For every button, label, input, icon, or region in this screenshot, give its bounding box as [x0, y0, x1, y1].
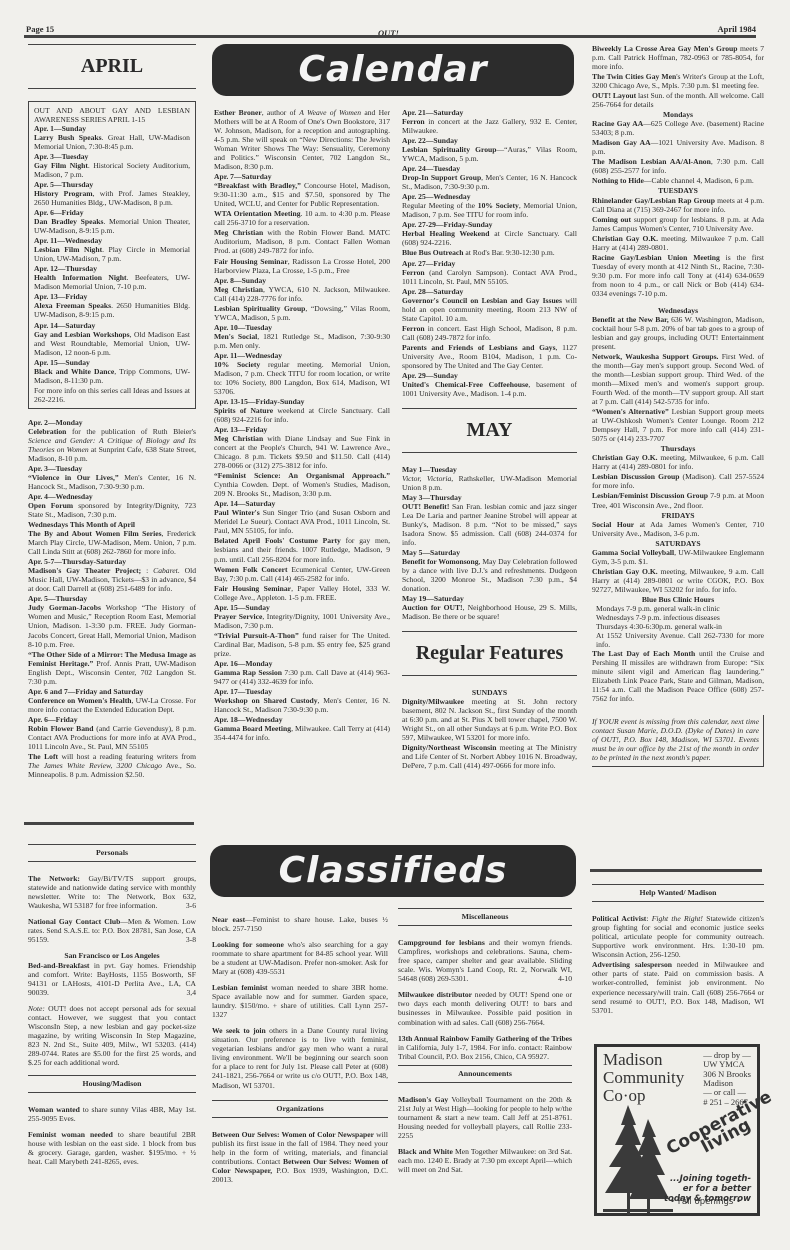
event-name: Benefit at the New Bar, — [592, 315, 669, 324]
event-item: Apr. 4—WednesdayOpen Forum sponsored by … — [28, 492, 196, 519]
event-name: Ferron — [402, 268, 425, 277]
event-item: Dignity/Northeast Wisconsin meeting at T… — [402, 743, 577, 770]
housing-ad: Looking for someone who's also searching… — [212, 940, 388, 976]
event-name: Milwaukee distributor — [398, 990, 472, 999]
event-item: “Trivial Pursuit-A-Thon” fund raiser for… — [214, 631, 390, 658]
event-name: Drop-In Support Group — [402, 173, 481, 182]
event-date: Apr. 5—Thursday — [28, 594, 196, 603]
event-name: Black and White — [398, 1147, 453, 1156]
classifieds-banner-title: Classifieds — [279, 850, 508, 891]
classifieds-col4: Help Wanted/ Madison Political Activist:… — [592, 884, 764, 1016]
event-name: Fair Housing Seminar — [214, 584, 291, 593]
event-name: We seek to join — [212, 1026, 266, 1035]
event-item: Apr. 7—Saturday“Breakfast with Bradley,”… — [214, 172, 390, 208]
event-name: Celebration — [28, 427, 66, 436]
event-name: Belated April Fools' Costume Party — [214, 536, 341, 545]
event-item: Apr. 2—MondayCelebration for the publica… — [28, 418, 196, 463]
housing-ad: We seek to join others in a Dane County … — [212, 1026, 388, 1089]
event-name: Lesbian Discussion Group — [592, 472, 679, 481]
event-date: Apr. 15—Sunday — [214, 603, 390, 612]
event-name: Looking for someone — [212, 940, 284, 949]
event-name: Conference on Women's Health — [28, 696, 131, 705]
event-item: Apr. 6—FridayDan Bradley Speaks. Memoria… — [34, 208, 190, 235]
april-events-col2: Esther Broner, author of A Weave of Wome… — [214, 108, 390, 743]
ad-line: Madison — [603, 1051, 684, 1069]
event-date: Apr. 4—Wednesday — [28, 492, 196, 501]
event-name: Madison's Gay — [398, 1095, 448, 1104]
event-italic-title: A Weave of Women — [299, 108, 361, 117]
event-item: The Loft will host a reading featuring w… — [28, 752, 196, 779]
event-name: Lesbian Spirituality Group — [402, 145, 497, 154]
event-item: Apr. 11—WednesdayLesbian Film Night. Pla… — [34, 236, 190, 263]
event-name: Madison's Gay Theater Project; — [28, 566, 146, 575]
event-item: Apr. 12—ThursdayHealth Information Night… — [34, 264, 190, 291]
event-item: Wednesdays This Month of AprilThe By and… — [28, 520, 196, 556]
event-name: Esther Broner — [214, 108, 262, 117]
event-item: May 5—SaturdayBenefit for Womonsong, May… — [402, 548, 577, 593]
event-item: Apr. 28—SaturdayGovernor's Council on Le… — [402, 287, 577, 323]
event-item: Apr. 8—SundayMeg Christian, YWCA, 610 N.… — [214, 276, 390, 303]
housing-ad: Near east—Feminist to share house. Lake,… — [212, 915, 388, 933]
missing-event-note: If YOUR event is missing from this calen… — [592, 715, 764, 767]
event-name: Governor's Council on Lesbian and Gay Is… — [402, 296, 562, 305]
event-item: Social Hour at Ada James Women's Center,… — [592, 520, 764, 538]
misc-ad: Milwaukee distributor needed by OUT! Spe… — [398, 990, 572, 1026]
event-item: “Feminist Science: An Organismal Approac… — [214, 471, 390, 498]
may-title: MAY — [402, 408, 577, 453]
event-item: Biweekly La Crosse Area Gay Men's Group … — [592, 44, 764, 71]
personal-ad: San Francisco or Los AngelesBed-and-Brea… — [28, 951, 196, 996]
event-item: May 1—TuesdayVictor, Victoria, Rathskell… — [402, 465, 577, 492]
announcements-heading: Announcements — [398, 1065, 572, 1083]
event-item: Christian Gay O.K. meeting. Milwaukee 7 … — [592, 234, 764, 252]
ad-italic: Fight the Right! — [652, 914, 703, 923]
event-name: Blue Bus Outreach — [402, 248, 463, 257]
bluebus-line: Thursdays 4:30-6:30p.m. general walk-in — [596, 622, 764, 631]
event-name: The By and About Women Film Series — [28, 529, 162, 538]
event-date: May 3—Thursday — [402, 493, 577, 502]
event-date: Apr. 18—Wednesday — [214, 715, 390, 724]
event-name: Gamma Board Meeting — [214, 724, 291, 733]
event-details: others in a Dane County rural living sit… — [212, 1026, 388, 1089]
ad-code: 3-8 — [186, 935, 196, 944]
event-name: Judy Gorman-Jacobs — [28, 603, 101, 612]
event-item: Apr. 27-29—Friday-SundayHerbal Healing W… — [402, 220, 577, 247]
classifieds-col3: Miscellaneous Campground for lesbians an… — [398, 908, 572, 1175]
event-name: Robin Flower Band — [28, 724, 93, 733]
event-date: Apr. 10—Tuesday — [214, 323, 390, 332]
fridays-list: Social Hour at Ada James Women's Center,… — [592, 520, 764, 538]
column-1: APRIL OUT AND ABOUT GAY AND LESBIAN AWAR… — [28, 44, 196, 780]
event-date: Apr. 8—Sunday — [214, 276, 390, 285]
miscellaneous-list: Campground for lesbians and their womyn … — [398, 938, 572, 1060]
event-item: Lesbian Discussion Group (Madison). Call… — [592, 472, 764, 490]
event-item: Meg Christian with the Robin Flower Band… — [214, 228, 390, 255]
event-item: Ferron in concert. East High School, Mad… — [402, 324, 577, 342]
april-events-col1: Apr. 2—MondayCelebration for the publica… — [28, 418, 196, 779]
event-date: Apr. 11—Wednesday — [34, 236, 190, 245]
event-item: Apr. 17—TuesdayWorkshop on Shared Custod… — [214, 687, 390, 714]
event-name: Near east — [212, 915, 245, 924]
event-name: Social Hour — [592, 520, 634, 529]
event-name: National Gay Contact Club — [28, 917, 120, 926]
help-wanted-list: Political Activist: Fight the Right! Sta… — [592, 914, 764, 1014]
event-details: —Cable channel 4, Madison, 6 p.m. — [644, 176, 754, 185]
announcements-list: Madison's Gay Volleyball Tournament on t… — [398, 1095, 572, 1174]
bluebus-heading: Blue Bus Clinic Hours — [592, 595, 764, 604]
event-name: Herbal Healing Weekend — [402, 229, 489, 238]
event-name: Network, Waukesha Support Groups. — [592, 352, 718, 361]
wednesdays-heading: Wednesdays — [592, 306, 764, 315]
event-item: Apr. 15—SundayPrayer Service, Integrity/… — [214, 603, 390, 630]
event-details: , author of — [262, 108, 299, 117]
event-italic-title: Victor, Victoria — [402, 474, 451, 483]
event-date: Apr. 13—Friday — [214, 425, 390, 434]
april-title: APRIL — [28, 44, 196, 89]
event-item: Madison Gay AA—1021 University Ave. Madi… — [592, 138, 764, 156]
tuesdays-list: Rhinelander Gay/Lesbian Rap Group meets … — [592, 196, 764, 298]
event-date: Apr. 12—Thursday — [34, 264, 190, 273]
event-item: May 19—SaturdayAuction for OUT!, Neighbo… — [402, 594, 577, 621]
event-item: Apr. 5—ThursdayJudy Gorman-Jacobs Worksh… — [28, 594, 196, 648]
sundays-heading: SUNDAYS — [402, 688, 577, 697]
event-item: Coming out support group for lesbians. 8… — [592, 215, 764, 233]
personal-ad: National Gay Contact Club—Men & Women. L… — [28, 917, 196, 944]
event-item: Apr. 6 and 7—Friday and SaturdayConferen… — [28, 687, 196, 714]
event-name: Gay and Lesbian Workshops — [34, 330, 130, 339]
event-date: Apr. 28—Saturday — [402, 287, 577, 296]
event-name: Auction for OUT! — [402, 603, 463, 612]
event-name: Spirits of Nature — [214, 406, 273, 415]
event-name: Lesbian feminist — [212, 983, 268, 992]
event-name: “Trivial Pursuit-A-Thon” — [214, 631, 299, 640]
event-name: 10% Society — [478, 201, 519, 210]
event-name: Madison Gay AA — [592, 138, 651, 147]
event-item: Apr. 13—FridayMeg Christian with Diane L… — [214, 425, 390, 470]
page-number: Page 15 — [26, 24, 54, 34]
event-item: The Twin Cities Gay Men's Writer's Group… — [592, 72, 764, 90]
event-name: Ferron — [402, 117, 425, 126]
organization-item: Between Our Selves: Women of Color Newsp… — [212, 1130, 388, 1184]
event-item: Racine Gay AA—625 College Ave. (basement… — [592, 119, 764, 137]
event-date: Apr. 15—Sunday — [34, 358, 190, 367]
event-name: Dignity/Milwaukee — [402, 697, 464, 706]
event-date: Apr. 22—Sunday — [402, 136, 577, 145]
series-event-list: Apr. 1—SundayLarry Bush Speaks. Great Ha… — [34, 124, 190, 385]
housing-heading: Housing/Madison — [28, 1075, 196, 1093]
event-item: Apr. 10—TuesdayMen's Social, 1821 Rutled… — [214, 323, 390, 350]
regular-features-title: Regular Features — [402, 631, 577, 676]
event-name: Lesbian/Feminist Discussion Group — [592, 491, 708, 500]
event-details: in concert at the Jazz Gallery, 932 E. C… — [402, 117, 577, 135]
saturdays-heading: SATURDAYS — [592, 539, 764, 548]
event-name: Larry Bush Speaks — [34, 133, 102, 142]
event-name: The Loft — [28, 752, 58, 761]
tuesdays-heading: TUESDAYS — [592, 186, 764, 195]
event-item: Apr. 13-15—Friday-SundaySpirits of Natur… — [214, 397, 390, 424]
event-name: Campground for lesbians — [398, 938, 485, 947]
event-item: Apr. 3—TuesdayGay Film Night. Historical… — [34, 152, 190, 179]
ad-line: Co·op — [603, 1087, 684, 1105]
event-name: “Women's Alternative” — [592, 407, 669, 416]
misc-ad: Campground for lesbians and their womyn … — [398, 938, 572, 983]
event-item: The Madison Lesbian AA/Al-Anon, 7:30 p.m… — [592, 157, 764, 175]
event-item: Racine Gay/Lesbian Union Meeting is the … — [592, 253, 764, 298]
event-date: Apr. 14—Saturday — [34, 321, 190, 330]
event-item: OUT! Layout last Sun. of the month. All … — [592, 91, 764, 109]
event-date: Apr. 27—Friday — [402, 259, 577, 268]
event-date: Wednesdays This Month of April — [28, 520, 196, 529]
event-name: Christian Gay O.K. — [592, 453, 658, 462]
housing-list-part1: Woman wanted to share sunny Vilas 4BR, M… — [28, 1105, 196, 1166]
event-details: in concert. East High School, Madison, 8… — [402, 324, 577, 342]
event-name: Lesbian Film Night — [34, 245, 102, 254]
may-events: May 1—TuesdayVictor, Victoria, Rathskell… — [402, 465, 577, 622]
ad-line: Community — [603, 1069, 684, 1087]
event-item: Rhinelander Gay/Lesbian Rap Group meets … — [592, 196, 764, 214]
bluebus-line: Mondays 7-9 p.m. general walk-in clinic — [596, 604, 764, 613]
event-date: Apr. 3—Tuesday — [34, 152, 190, 161]
event-name: The Madison Lesbian AA/Al-Anon — [592, 157, 711, 166]
ad-code: 3,4 — [187, 988, 197, 997]
header-rule — [24, 35, 756, 38]
event-name: Women Folk Concert — [214, 565, 287, 574]
event-name: Feminist woman needed — [28, 1130, 113, 1139]
event-name: Nothing to Hide — [592, 176, 644, 185]
event-date: Apr. 5-7—Thursday-Saturday — [28, 557, 196, 566]
event-name: WTA Orientation Meeting — [214, 209, 301, 218]
event-item: Apr. 14—SaturdayPaul Winter's Sun Singer… — [214, 499, 390, 535]
event-name: Lesbian Spirituality Group — [214, 304, 305, 313]
event-item: Fair Housing Seminar, Radisson La Crosse… — [214, 257, 390, 275]
event-item: Apr. 16—MondayGamma Rap Session 7:30 p.m… — [214, 659, 390, 686]
bluebus-line: At 1552 University Avenue. Call 262-7330… — [596, 631, 764, 649]
miscellaneous-heading: Miscellaneous — [398, 908, 572, 926]
event-item: Apr. 13—FridayAlexa Freeman Speaks. 2650… — [34, 292, 190, 319]
calendar-banner-title: Calendar — [299, 49, 488, 90]
event-details: for the publication of Ruth Bleier's — [66, 427, 196, 436]
event-date: May 19—Saturday — [402, 594, 577, 603]
event-item: Nothing to Hide—Cable channel 4, Madison… — [592, 176, 764, 185]
event-item: “The Other Side of a Mirror: The Medusa … — [28, 650, 196, 686]
event-name: 13th Annual Rainbow Family Gathering of … — [398, 1034, 572, 1043]
event-date: Apr. 6—Friday — [28, 715, 196, 724]
wednesdays-list: Benefit at the New Bar, 636 W. Washingto… — [592, 315, 764, 443]
event-name: OUT! Benefit! — [402, 502, 449, 511]
coop-ad-footer: • Fall openings • — [670, 1197, 741, 1207]
event-date: May 5—Saturday — [402, 548, 577, 557]
event-date: Apr. 11—Wednesday — [214, 351, 390, 360]
event-item: Apr. 25—WednesdayRegular Meeting of the … — [402, 192, 577, 219]
event-name: Biweekly La Crosse Area Gay Men's Group — [592, 44, 737, 53]
ad-title: Political Activist — [592, 914, 646, 923]
item-subheading: San Francisco or Los Angeles — [28, 951, 196, 960]
event-date: Apr. 2—Monday — [28, 418, 196, 427]
event-details: will host a reading featuring writers fr… — [58, 752, 196, 761]
personals-note: Note: OUT! does not accept personal ads … — [28, 1004, 196, 1067]
event-date: Apr. 7—Saturday — [214, 172, 390, 181]
event-date: Apr. 29—Sunday — [402, 371, 577, 380]
event-item: Dignity/Milwaukee meeting at St. John re… — [402, 697, 577, 742]
event-date: Apr. 3—Tuesday — [28, 464, 196, 473]
event-details: First Wed. of the month—Gay men's suppor… — [592, 352, 764, 406]
event-name: Fair Housing Seminar — [214, 257, 288, 266]
personals-list: The Network: Gay/Bi/TV/TS support groups… — [28, 874, 196, 996]
event-details: at Rod's Bar. 9:30-12:30 p.m. — [463, 248, 554, 257]
event-date: Apr. 16—Monday — [214, 659, 390, 668]
event-item: Apr. 5—ThursdayHistory Program, with Pro… — [34, 180, 190, 207]
event-item: Lesbian/Feminist Discussion Group 7-9 p.… — [592, 491, 764, 509]
event-item: Apr. 5-7—Thursday-SaturdayMadison's Gay … — [28, 557, 196, 593]
event-name: History Program — [34, 189, 93, 198]
event-item: “Women's Alternative” Lesbian Support gr… — [592, 407, 764, 443]
event-item: Apr. 27—FridayFerron (and Carolyn Sampso… — [402, 259, 577, 286]
event-item: Esther Broner, author of A Weave of Wome… — [214, 108, 390, 171]
event-name: Racine Gay/Lesbian Union Meeting — [592, 253, 720, 262]
event-item: WTA Orientation Meeting. 10 a.m. to 4:30… — [214, 209, 390, 227]
classifieds-banner: Classifieds — [210, 845, 576, 897]
event-italic-title: The James White Review, 3200 Chicago — [28, 761, 162, 770]
bluebus-line: Wednesdays 7-9 p.m. infectious diseases — [596, 613, 764, 622]
event-item: Apr. 6—FridayRobin Flower Band (and Carr… — [28, 715, 196, 751]
housing-ad: Lesbian feminist woman needed to share 3… — [212, 983, 388, 1019]
event-item: Apr. 21—SaturdayFerron in concert at the… — [402, 108, 577, 135]
event-name: Racine Gay AA — [592, 119, 643, 128]
event-item: May 3—ThursdayOUT! Benefit! San Fran. le… — [402, 493, 577, 547]
event-details: in California, July 1-7, 1984. For info.… — [398, 1043, 572, 1061]
event-date: Apr. 14—Saturday — [214, 499, 390, 508]
help-wanted-ad: Political Activist: Fight the Right! Sta… — [592, 914, 764, 959]
event-date: Apr. 27-29—Friday-Sunday — [402, 220, 577, 229]
event-name: Benefit for Womonsong — [402, 557, 479, 566]
event-name: Dignity/Northeast Wisconsin — [402, 743, 496, 752]
event-name: Prayer Service — [214, 612, 262, 621]
column-3: Apr. 21—SaturdayFerron in concert at the… — [402, 108, 577, 771]
event-name: Christian Gay O.K. — [592, 234, 658, 243]
event-name: 10% Society — [214, 360, 260, 369]
event-item: Parents and Friends of Lesbians and Gays… — [402, 343, 577, 370]
event-name: Open Forum — [28, 501, 73, 510]
classifieds-col2: Near east—Feminist to share house. Lake,… — [212, 908, 388, 1185]
housing-ad: Woman wanted to share sunny Vilas 4BR, M… — [28, 1105, 196, 1123]
series-footer: For more info on this series call Ideas … — [34, 386, 190, 404]
event-details: and Her Mothers will be at A Room of One… — [214, 108, 390, 171]
thursdays-heading: Thursdays — [592, 444, 764, 453]
event-name: OUT! Layout — [592, 91, 636, 100]
event-name: The Network: — [28, 874, 80, 883]
event-date: Apr. 5—Thursday — [34, 180, 190, 189]
announcement: Black and White Men Together Milwaukee: … — [398, 1147, 572, 1174]
ad-title: Advertising salesperson — [592, 960, 672, 969]
help-wanted-ad: Advertising salesperson needed in Milwau… — [592, 960, 764, 1014]
housing-ad: Feminist woman needed to share beautiful… — [28, 1130, 196, 1166]
event-date: Apr. 6 and 7—Friday and Saturday — [28, 687, 196, 696]
event-item: Belated April Fools' Costume Party for g… — [214, 536, 390, 563]
event-name: Meg Christian — [214, 285, 263, 294]
series-heading: OUT AND ABOUT GAY AND LESBIAN AWARENESS … — [34, 106, 190, 124]
event-item: Apr. 14—SaturdayGay and Lesbian Workshop… — [34, 321, 190, 357]
saturdays-list: Gamma Social Volleyball, UW-Milwaukee En… — [592, 548, 764, 594]
pine-trees-icon — [603, 1105, 673, 1215]
thursdays-list: Christian Gay O.K. meeting, Milwaukee, 6… — [592, 453, 764, 509]
event-name: Gamma Social Volleyball — [592, 548, 674, 557]
event-item: Apr. 18—WednesdayGamma Board Meeting, Mi… — [214, 715, 390, 742]
event-item: Apr. 29—SundayUnited's Chemical-Free Cof… — [402, 371, 577, 398]
event-item: Network, Waukesha Support Groups. First … — [592, 352, 764, 406]
event-item: Apr. 24—TuesdayDrop-In Support Group, Me… — [402, 164, 577, 191]
event-name: Ferron — [402, 324, 425, 333]
event-item: Apr. 1—SundayLarry Bush Speaks. Great Ha… — [34, 124, 190, 151]
event-item: Apr. 15—SundayBlack and White Dance, Tri… — [34, 358, 190, 385]
mondays-heading: Mondays — [592, 110, 764, 119]
event-item: Christian Gay O.K. meeting, Milwaukee, 6… — [592, 453, 764, 471]
event-item: Benefit at the New Bar, 636 W. Washingto… — [592, 315, 764, 351]
announcement: Madison's Gay Volleyball Tournament on t… — [398, 1095, 572, 1140]
event-details: Cynthia Cowden. Dept. of Women's Studies… — [214, 480, 390, 498]
event-item: Gamma Social Volleyball, UW-Milwaukee En… — [592, 548, 764, 566]
event-italic-title: Cabaret — [153, 566, 178, 575]
event-date: Apr. 13—Friday — [34, 292, 190, 301]
event-name: Workshop on Shared Custody — [214, 696, 318, 705]
april-events-col3: Apr. 21—SaturdayFerron in concert at the… — [402, 108, 577, 398]
issue-date: April 1984 — [718, 24, 757, 34]
fridays-heading: FRIDAYS — [592, 511, 764, 520]
event-name: Gamma Rap Session — [214, 668, 282, 677]
event-date: Apr. 1—Sunday — [34, 124, 190, 133]
help-wanted-heading: Help Wanted/ Madison — [592, 884, 764, 902]
ad-code: 3-6 — [186, 901, 196, 910]
event-name: Meg Christian — [214, 434, 263, 443]
ad-details: needed in Milwaukee and other parts of s… — [592, 960, 764, 1014]
personal-ad: The Network: Gay/Bi/TV/TS support groups… — [28, 874, 196, 910]
event-item: Apr. 11—Wednesday10% Society regular mee… — [214, 351, 390, 396]
event-details: Regular Meeting of the — [402, 201, 478, 210]
coop-ad-title: MadisonCommunityCo·op — [603, 1051, 684, 1105]
classifieds-col1: Personals The Network: Gay/Bi/TV/TS supp… — [28, 844, 196, 1167]
event-date: Apr. 25—Wednesday — [402, 192, 577, 201]
event-date: Apr. 24—Tuesday — [402, 164, 577, 173]
event-item: Lesbian Spirituality Group, “Dowsing,” V… — [214, 304, 390, 322]
event-name: Meg Christian — [214, 228, 263, 237]
event-name: Parents and Friends of Lesbians and Gays — [402, 343, 556, 352]
event-date: Apr. 13-15—Friday-Sunday — [214, 397, 390, 406]
event-name: “Breakfast with Bradley,” — [214, 181, 301, 190]
last-day-item: The Last Day of Each Month until the Cru… — [592, 649, 764, 703]
event-name: Gay Film Night — [34, 161, 88, 170]
column-4: Biweekly La Crosse Area Gay Men's Group … — [592, 44, 764, 767]
event-name: Health Information Night — [34, 273, 127, 282]
event-date: Apr. 21—Saturday — [402, 108, 577, 117]
event-date: May 1—Tuesday — [402, 465, 577, 474]
event-name: The Twin Cities Gay Men — [592, 72, 676, 81]
event-name: Men's Social — [214, 332, 257, 341]
bluebus-hours: Mondays 7-9 p.m. general walk-in clinicW… — [592, 604, 764, 649]
coop-advertisement: MadisonCommunityCo·op — drop by —UW YMCA… — [594, 1044, 760, 1216]
organizations-heading: Organizations — [212, 1100, 388, 1118]
event-name: Paul Winter's — [214, 508, 260, 517]
event-item: Apr. 3—Tuesday“Violence in Our Lives,” M… — [28, 464, 196, 491]
event-name: “Violence in Our Lives,” — [28, 473, 119, 482]
event-name: Dan Bradley Speaks — [34, 217, 103, 226]
event-item: Blue Bus Outreach at Rod's Bar. 9:30-12:… — [402, 248, 577, 257]
event-item: Fair Housing Seminar, Paper Valley Hotel… — [214, 584, 390, 602]
event-name: United's Chemical-Free Coffeehouse — [402, 380, 528, 389]
recurring-top: Biweekly La Crosse Area Gay Men's Group … — [592, 44, 764, 109]
personals-heading: Personals — [28, 844, 196, 862]
event-name: Alexa Freeman Speaks — [34, 301, 111, 310]
event-name: Rhinelander Gay/Lesbian Rap Group — [592, 196, 715, 205]
event-name: Black and White Dance — [34, 367, 114, 376]
